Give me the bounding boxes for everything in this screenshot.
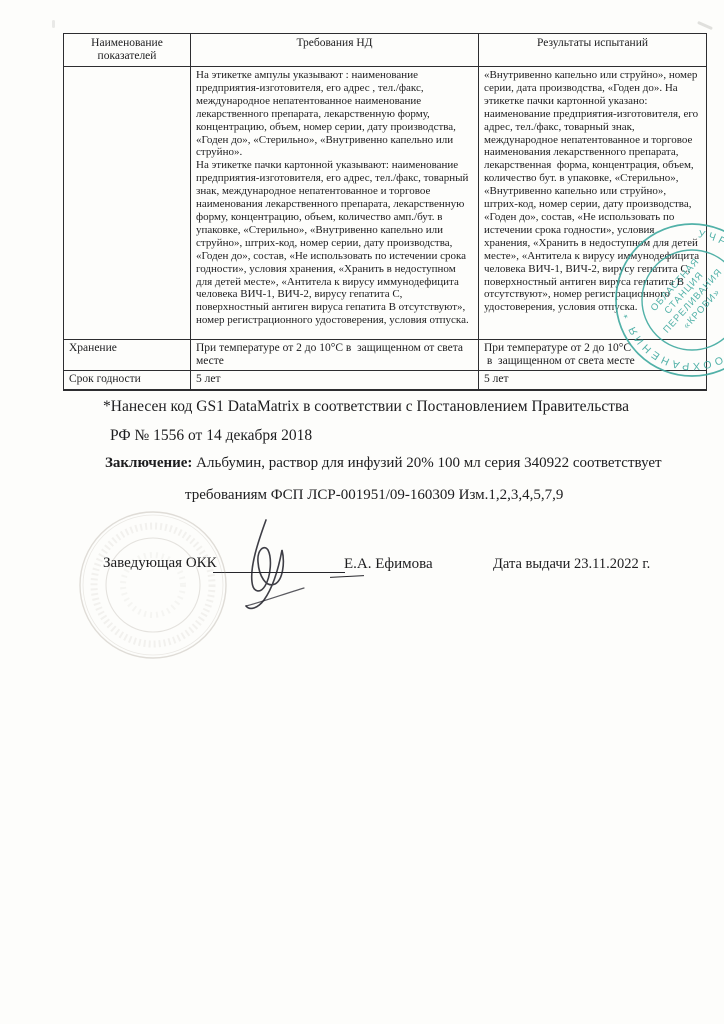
conclusion-line2: требованиям ФСП ЛСР-001951/09-160309 Изм… [185,487,563,504]
shelf-life-label: Срок годности [64,371,191,391]
shelf-life-nd: 5 лет [191,371,479,391]
signature-line-dash [330,575,364,578]
table-row-storage: Хранение При температуре от 2 до 10°С в … [64,340,707,371]
conclusion-line1: Заключение: Альбумин, раствор для инфузи… [105,455,662,472]
faint-round-stamp [70,502,240,672]
conclusion-label: Заключение: [105,455,192,471]
datamatrix-note-line1: *Нанесен код GS1 DataMatrix в соответств… [103,398,629,416]
document-page: Наименование показателей Требования НД Р… [0,0,724,1024]
storage-nd-text: При температуре от 2 до 10°С в защищенно… [196,342,472,368]
header-indicator-name: Наименование показателей [64,34,191,67]
scan-artifact [697,21,713,30]
illegible-ring-text [94,526,212,644]
table-row-labeling: На этикетке ампулы указывают : наименова… [64,67,707,340]
issue-date: Дата выдачи 23.11.2022 г. [493,556,650,573]
signer-name: Е.А. Ефимова [344,556,433,573]
header-nd-requirements: Требования НД [191,34,479,67]
datamatrix-note-line2: РФ № 1556 от 14 декабря 2018 [110,427,312,445]
qc-table: Наименование показателей Требования НД Р… [63,33,707,391]
table-header-row: Наименование показателей Требования НД Р… [64,34,707,67]
nd-requirements-text: На этикетке ампулы указывают : наименова… [196,69,472,327]
table-row-shelf-life: Срок годности 5 лет 5 лет [64,371,707,391]
illegible-inner-text [123,555,183,615]
conclusion-text: Альбумин, раствор для инфузий 20% 100 мл… [192,455,661,471]
indicator-name-cell [64,67,191,340]
teal-round-stamp: УЧРЕЖДЕНИЕ ЗДРАВООХРАНЕНИЯ * ОБЛАСТНАЯ С… [612,220,724,390]
storage-label: Хранение [64,340,191,371]
scan-artifact [52,20,55,28]
header-test-results: Результаты испытаний [479,34,707,67]
